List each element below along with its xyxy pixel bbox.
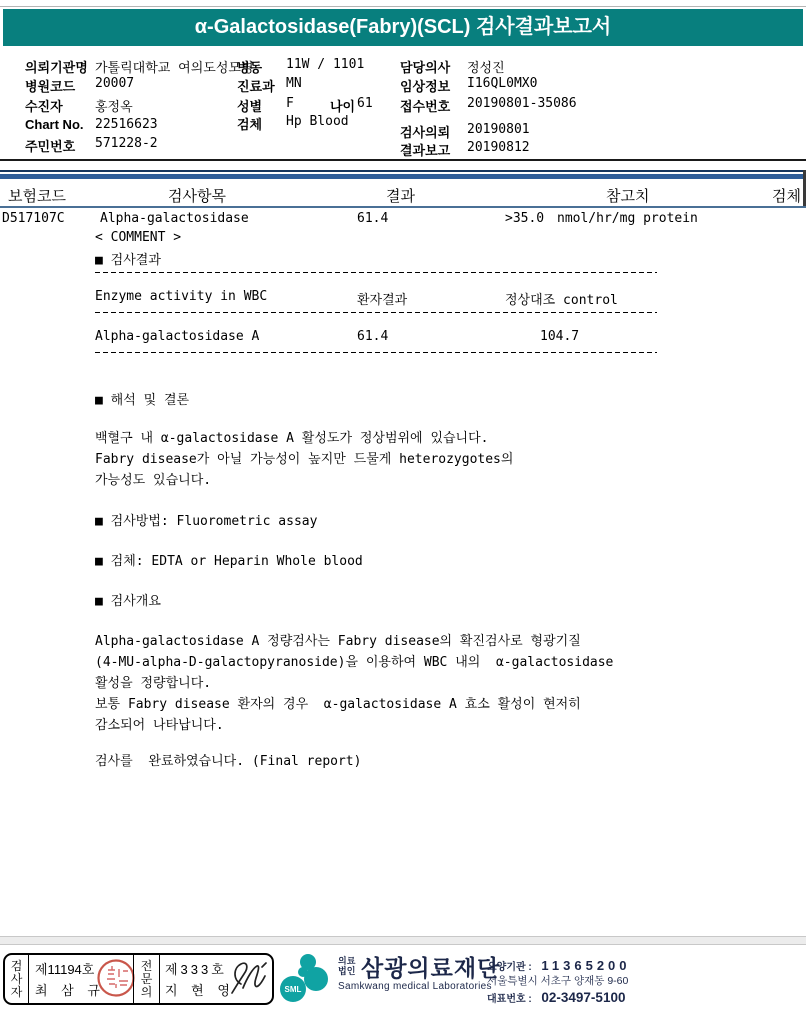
dashed-divider	[95, 352, 657, 353]
org-name: 삼광의료재단	[361, 950, 500, 983]
field-value-sex: F	[286, 96, 294, 111]
field-label-request-date: 검사의뢰	[400, 122, 450, 141]
top-divider	[0, 6, 806, 7]
field-value-receipt-no: 20190801-35086	[467, 96, 577, 111]
field-value-specimen: Hp Blood	[286, 114, 349, 129]
enzyme-row-name: Alpha-galactosidase A	[95, 329, 259, 344]
field-label-receipt-no: 접수번호	[400, 96, 450, 115]
org-address: 서울특별시 서초구 양재동 9-60	[487, 973, 628, 988]
examiner-seal-stamp-icon	[95, 957, 137, 999]
field-label-age: 나이	[330, 96, 355, 115]
org-name-english: Samkwang medical Laboratories	[338, 981, 492, 992]
field-value-hospital-code: 20007	[95, 76, 134, 91]
field-value-report-date: 20190812	[467, 140, 530, 155]
specialist-role-label: 전문의	[140, 960, 154, 999]
dashed-divider	[95, 272, 657, 273]
result-code: D517107C	[2, 211, 65, 226]
field-label-chart-no: Chart No.	[25, 117, 84, 132]
field-value-age: 61	[357, 96, 373, 111]
col-header-insurance-code: 보험코드	[8, 185, 66, 206]
field-label-institution: 의뢰기관명	[25, 57, 88, 76]
phone-label: 대표번호 :	[487, 994, 532, 1005]
field-value-ward: 11W / 1101	[286, 57, 364, 72]
specimen-line: ■ 검체: EDTA or Heparin Whole blood	[95, 550, 363, 569]
section-title-overview: ■ 검사개요	[95, 590, 161, 609]
field-label-clinical-info: 임상정보	[400, 76, 450, 95]
field-label-doctor: 담당의사	[400, 57, 450, 76]
specialist-name: 지 현 영	[165, 980, 235, 999]
report-title: α-Galactosidase(Fabry)(SCL) 검사결과보고서	[3, 9, 803, 46]
overview-line: 활성을 정량합니다.	[95, 672, 211, 691]
col-header-specimen: 검체	[772, 185, 801, 206]
care-facility-number: 11365200	[541, 958, 630, 973]
specialist-signature-icon	[227, 958, 269, 998]
interpretation-line: 백혈구 내 α-galactosidase A 활성도가 정상범위에 있습니다.	[95, 427, 489, 446]
field-value-resident-no: 571228-2	[95, 136, 158, 151]
field-label-report-date: 결과보고	[400, 140, 450, 159]
overview-line: (4-MU-alpha-D-galactopyranoside)을 이용하여 W…	[95, 651, 613, 670]
field-value-institution: 가톨릭대학교 여의도성모병	[95, 57, 254, 76]
org-care-facility-line: 요양기관 : 11365200	[487, 955, 631, 974]
overview-line: Alpha-galactosidase A 정량검사는 Fabry diseas…	[95, 630, 581, 649]
enzyme-table-col3: 정상대조 control	[505, 289, 618, 308]
footer-divider	[0, 936, 806, 945]
method-line: ■ 검사방법: Fluorometric assay	[95, 510, 317, 529]
field-value-request-date: 20190801	[467, 122, 530, 137]
field-value-doctor: 정성진	[467, 57, 505, 76]
enzyme-table-col2: 환자결과	[357, 289, 407, 308]
result-test-name: Alpha-galactosidase	[100, 211, 249, 226]
table-header-underline	[0, 206, 806, 208]
interpretation-line: 가능성도 있습니다.	[95, 469, 211, 488]
section-title-results: ■ 검사결과	[95, 249, 161, 268]
field-value-patient-name: 홍정옥	[95, 96, 133, 115]
result-unit: nmol/hr/mg protein	[557, 211, 698, 226]
col-header-result: 결과	[386, 185, 415, 206]
specialist-cert-no: 제333호	[165, 959, 227, 978]
field-label-sex: 성별	[237, 96, 262, 115]
examiner-role-label: 검사자	[10, 960, 24, 999]
signers-box: 검사자 제11194호 최 삼 규 전문의 제333호 지 현 영	[3, 953, 274, 1005]
final-report-line: 검사를 완료하였습니다. (Final report)	[95, 750, 361, 769]
field-value-chart-no: 22516623	[95, 117, 158, 132]
overview-line: 보통 Fabry disease 환자의 경우 α-galactosidase …	[95, 693, 581, 712]
field-label-resident-no: 주민번호	[25, 136, 75, 155]
interpretation-line: Fabry disease가 아닐 가능성이 높지만 드물게 heterozyg…	[95, 448, 513, 467]
sml-logo-text: SML	[285, 985, 302, 994]
examiner-role-cell: 검사자	[5, 955, 29, 1003]
field-label-patient-name: 수진자	[25, 96, 63, 115]
org-type-label: 의료 법인	[338, 956, 355, 976]
field-value-department: MN	[286, 76, 302, 91]
col-header-test-name: 검사항목	[168, 185, 226, 206]
comment-header: < COMMENT >	[95, 230, 181, 245]
care-facility-label: 요양기관 :	[487, 962, 532, 973]
lab-report-page: α-Galactosidase(Fabry)(SCL) 검사결과보고서 의뢰기관…	[0, 0, 806, 1017]
examiner-cert-no: 제11194호	[35, 959, 94, 978]
field-label-specimen: 검체	[237, 114, 262, 133]
overview-line: 감소되어 나타납니다.	[95, 714, 224, 733]
info-bottom-line	[0, 159, 806, 161]
table-top-bar	[0, 174, 806, 179]
table-top-line	[0, 170, 806, 172]
phone-number: 02-3497-5100	[541, 990, 625, 1005]
field-label-hospital-code: 병원코드	[25, 76, 75, 95]
org-phone-line: 대표번호 : 02-3497-5100	[487, 987, 625, 1006]
col-header-reference: 참고치	[606, 185, 649, 206]
enzyme-table-col1: Enzyme activity in WBC	[95, 289, 267, 304]
enzyme-row-control: 104.7	[540, 329, 579, 344]
result-value: 61.4	[357, 211, 388, 226]
section-title-interpretation: ■ 해석 및 결론	[95, 389, 189, 408]
dashed-divider	[95, 312, 657, 313]
field-label-department: 진료과	[237, 76, 275, 95]
sml-logo-icon: SML	[278, 951, 336, 1005]
specialist-role-cell: 전문의	[133, 955, 160, 1003]
field-value-clinical-info: I16QL0MX0	[467, 76, 537, 91]
result-reference: >35.0	[505, 211, 544, 226]
field-label-ward: 병동	[237, 57, 262, 76]
enzyme-row-patient: 61.4	[357, 329, 388, 344]
